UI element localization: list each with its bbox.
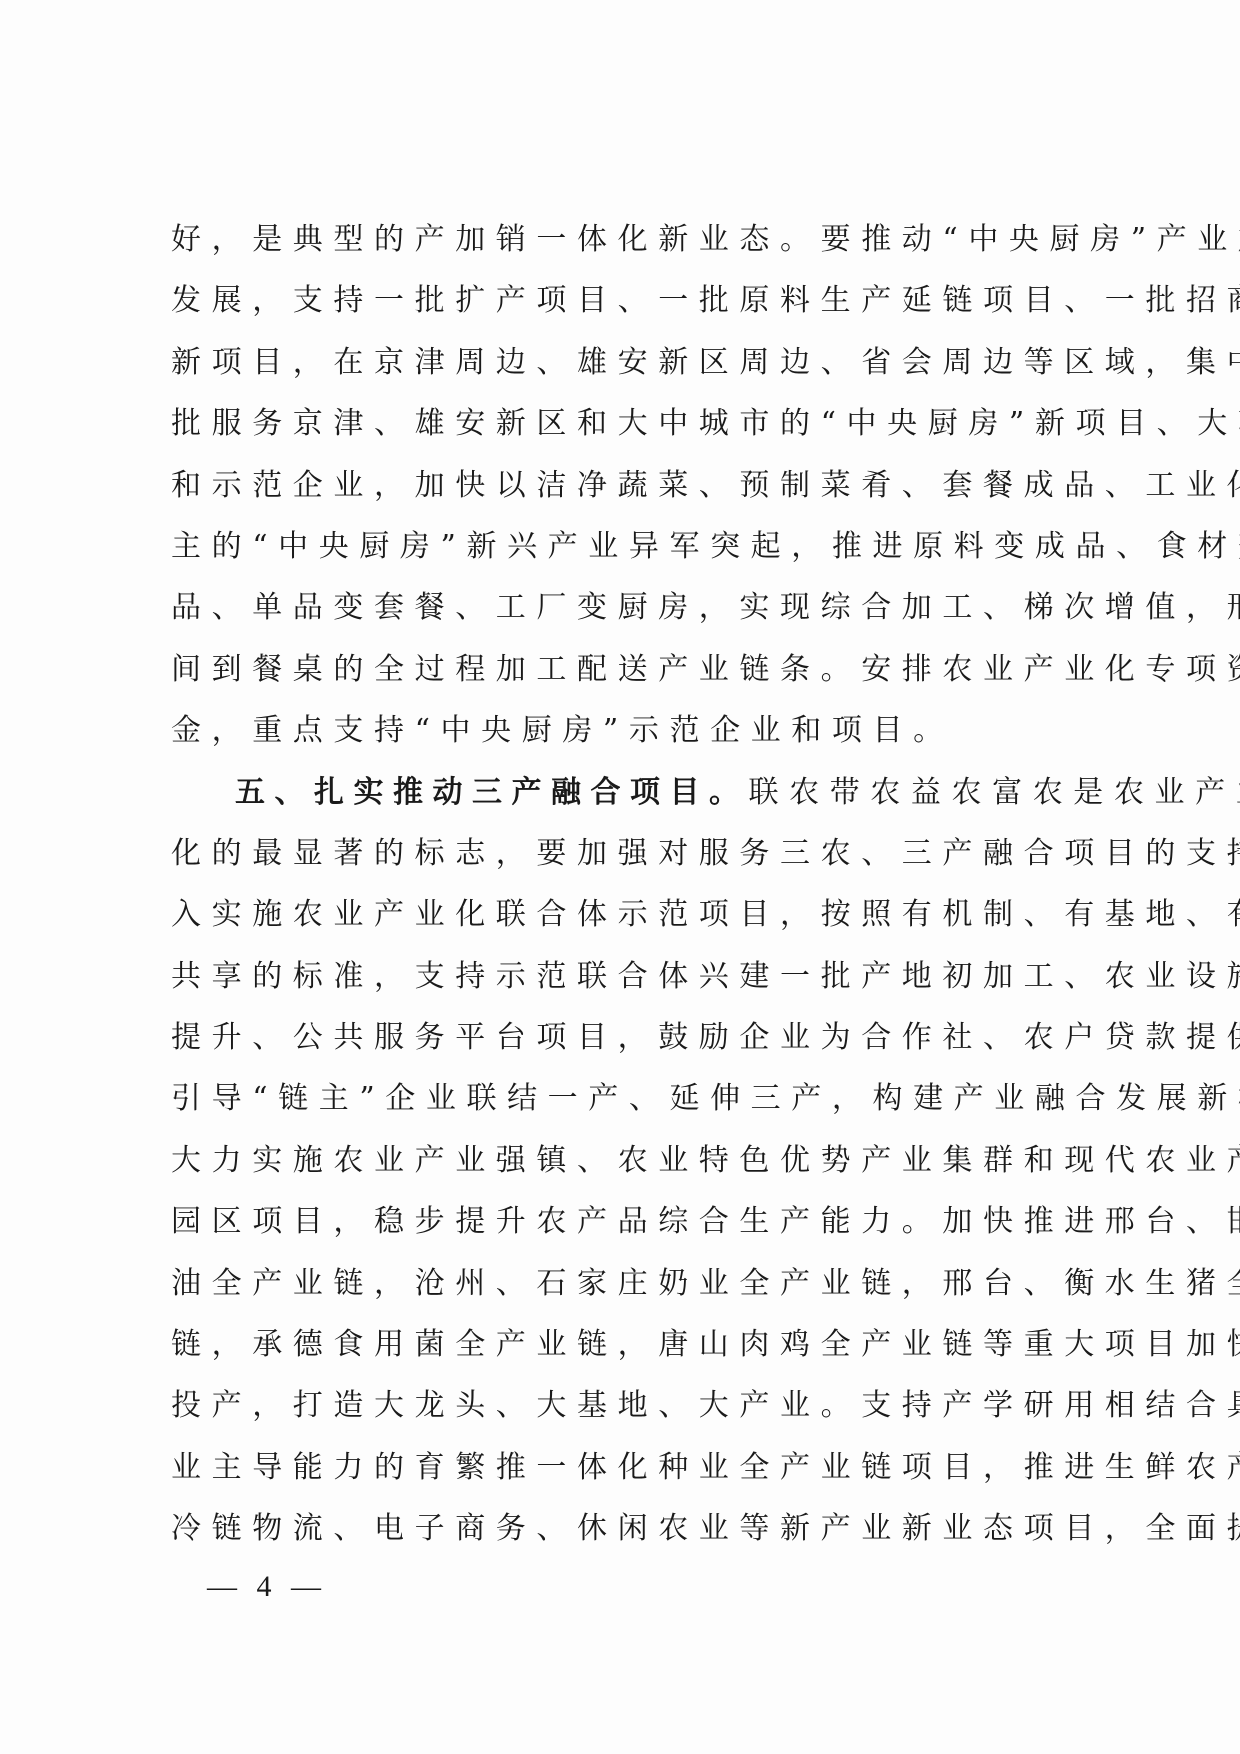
paragraph-line: 发展，支持一批扩产项目、一批原料生产延链项目、一批招商引资 (171, 270, 1081, 331)
paragraph-line: 大力实施农业产业强镇、农业特色优势产业集群和现代农业产业 (171, 1130, 1081, 1191)
paragraph-line: 引导“链主”企业联结一产、延伸三产，构建产业融合发展新格局。 (171, 1068, 1081, 1129)
section-intro-text: 联农带农益农富农是农业产业 (749, 775, 1240, 810)
paragraph-line: 入实施农业产业化联合体示范项目，按照有机制、有基地、有利益 (171, 884, 1081, 945)
paragraph-line: 好，是典型的产加销一体化新业态。要推动“中央厨房”产业加快 (171, 209, 1081, 270)
document-page: 好，是典型的产加销一体化新业态。要推动“中央厨房”产业加快 发展，支持一批扩产项… (0, 0, 1240, 1754)
paragraph-line: 主的“中央厨房”新兴产业异军突起，推进原料变成品、食材变食 (171, 516, 1081, 577)
body-text: 好，是典型的产加销一体化新业态。要推动“中央厨房”产业加快 发展，支持一批扩产项… (171, 209, 1081, 1560)
paragraph-line: 园区项目，稳步提升农产品综合生产能力。加快推进邢台、邯郸粮 (171, 1191, 1081, 1252)
paragraph-line: 化的最显著的标志，要加强对服务三农、三产融合项目的支持。深 (171, 823, 1081, 884)
paragraph-line: 新项目，在京津周边、雄安新区周边、省会周边等区域，集中布局一 (171, 332, 1081, 393)
paragraph-line: 共享的标准，支持示范联合体兴建一批产地初加工、农业设施改造 (171, 946, 1081, 1007)
paragraph-line: 冷链物流、电子商务、休闲农业等新产业新业态项目，全面提升一 (171, 1498, 1081, 1559)
paragraph-line: 品、单品变套餐、工厂变厨房，实现综合加工、梯次增值，形成从田 (171, 577, 1081, 638)
paragraph-line: 金，重点支持“中央厨房”示范企业和项目。 (171, 700, 1081, 761)
paragraph-line: 提升、公共服务平台项目，鼓励企业为合作社、农户贷款提供担保， (171, 1007, 1081, 1068)
section-heading-line: 五、扎实推动三产融合项目。联农带农益农富农是农业产业 (171, 762, 1081, 823)
paragraph-line: 油全产业链，沧州、石家庄奶业全产业链，邢台、衡水生猪全产业 (171, 1253, 1081, 1314)
paragraph-line: 批服务京津、雄安新区和大中城市的“中央厨房”新项目、大项目 (171, 393, 1081, 454)
page-number: — 4 — (207, 1570, 327, 1604)
paragraph-line: 间到餐桌的全过程加工配送产业链条。安排农业产业化专项资 (171, 639, 1081, 700)
paragraph-line: 链，承德食用菌全产业链，唐山肉鸡全产业链等重大项目加快建设 (171, 1314, 1081, 1375)
section-heading: 五、扎实推动三产融合项目。 (235, 775, 749, 810)
paragraph-line: 投产，打造大龙头、大基地、大产业。支持产学研用相结合具有产 (171, 1375, 1081, 1436)
paragraph-line: 和示范企业，加快以洁净蔬菜、预制菜肴、套餐成品、工业化主食为 (171, 455, 1081, 516)
paragraph-line: 业主导能力的育繁推一体化种业全产业链项目，推进生鲜农产品 (171, 1437, 1081, 1498)
